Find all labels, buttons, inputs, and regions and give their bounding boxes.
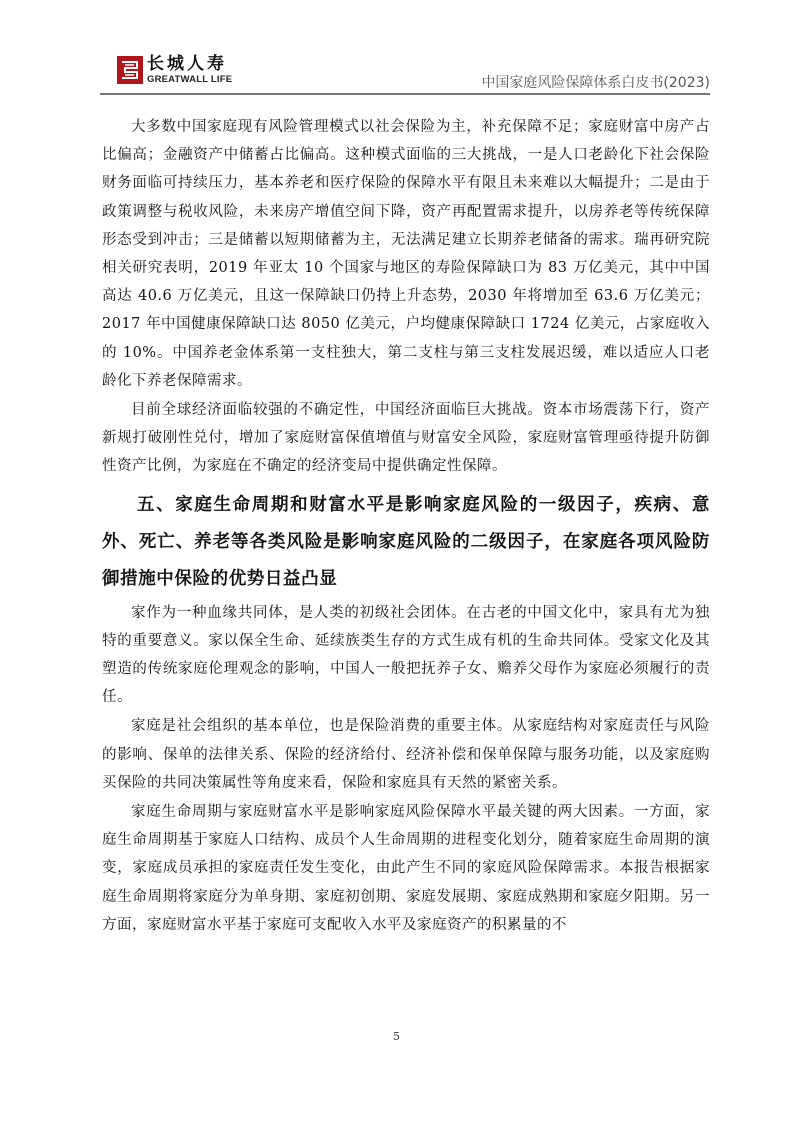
page-header: 长城人寿 GREATWALL LIFE 中国家庭风险保障体系白皮书(2023) [100,52,710,94]
company-logo: 长城人寿 GREATWALL LIFE [117,56,232,85]
document-title: 中国家庭风险保障体系白皮书(2023) [481,72,710,92]
body-paragraph: 家庭生命周期与家庭财富水平是影响家庭风险保障水平最关键的两大因素。一方面，家庭生… [102,798,710,939]
section-heading: 五、家庭生命周期和财富水平是影响家庭风险的一级因子，疾病、意外、死亡、养老等各类… [102,487,710,598]
body-paragraph: 家庭是社会组织的基本单位，也是保险消费的重要主体。从家庭结构对家庭责任与风险的影… [102,712,710,797]
page-body: 大多数中国家庭现有风险管理模式以社会保险为主，补充保障不足；家庭财富中房产占比偏… [102,113,710,939]
logo-name-cn: 长城人寿 [147,56,232,73]
body-paragraph: 目前全球经济面临较强的不确定性，中国经济面临巨大挑战。资本市场震荡下行，资产新规… [102,396,710,481]
page-number: 5 [0,1030,793,1043]
body-paragraph: 家作为一种血缘共同体，是人类的初级社会团体。在古老的中国文化中，家具有尤为独特的… [102,599,710,712]
header-divider [100,93,710,95]
greatwall-logo-icon [117,56,143,84]
body-paragraph: 大多数中国家庭现有风险管理模式以社会保险为主，补充保障不足；家庭财富中房产占比偏… [102,113,710,395]
logo-name-en: GREATWALL LIFE [147,75,232,85]
logo-wordmark: 长城人寿 GREATWALL LIFE [147,56,232,85]
